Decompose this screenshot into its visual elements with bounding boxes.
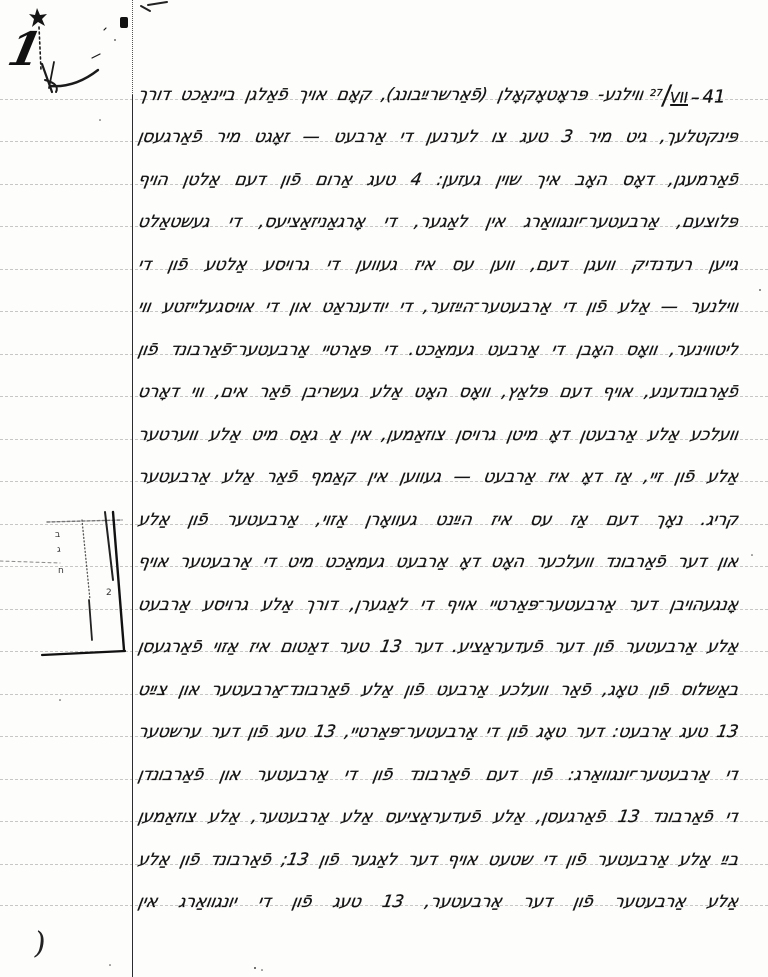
text-line: באַשלוס פֿון טאָג, פֿאַר וועלכע אַרבעט פ…	[135, 673, 741, 707]
stamp-mark: ח	[58, 566, 64, 576]
stamp-mark: ג	[57, 545, 61, 555]
text-line: אַלע אַרבעטער פֿון דער פֿעדעראַציע. דער …	[135, 630, 741, 664]
text-line: גייען רעדנדיק וועגן דעם, ווען עס איז געו…	[135, 248, 741, 282]
date-day: 27	[650, 88, 663, 99]
text-line: וועלכע אַלע אַרבעטן דאָ מיטן גרויסן צוזא…	[135, 418, 741, 452]
text-line: די אַרבעטער־יונגוואַרג: פֿון דעם פֿאַרבו…	[135, 758, 741, 792]
ink-blot	[120, 17, 128, 28]
date-separator: –	[691, 88, 700, 108]
text-line: 13 טעג אַרבעט: דער טאָג פֿון די אַרבעטער…	[135, 715, 741, 749]
text-line: אָנגעהויבן דער אַרבעטער־פּאַרטיי אויף די…	[135, 588, 741, 622]
text-line: ליטווינער, וואָס האָבן די אַרבעט געמאַכט…	[135, 333, 741, 367]
text-line: די פֿאַרבונד 13 פֿאַרגעסן, אַלע פֿעדעראַ…	[135, 800, 741, 834]
date-month: VII	[670, 91, 688, 107]
text-line: אַלע אַרבעטער פֿון דער אַרבעטער, 13 טעג …	[135, 885, 741, 919]
handwritten-page: 1 ב ג ח 2 27/VII–41 ווילנע- פּראָטאָקאָל…	[0, 0, 768, 977]
text-line: פּלוצעם, אַרבעטער־יונגוואַרג אין לאַגער,…	[135, 205, 741, 239]
text-line: בײַ אַלע אַרבעטער פֿון די שטעט אויף דער …	[135, 843, 741, 877]
text-line: ווילנע- פּראָטאָקאָלן (פֿאַרשרײַבונג), ק…	[135, 78, 646, 112]
letter-date: 27/VII–41	[650, 80, 742, 108]
date-slash: /	[663, 80, 670, 114]
stamp-mark: ב	[55, 530, 60, 540]
stamp-mark: 2	[106, 588, 112, 598]
margin-stamp	[0, 512, 125, 655]
text-line: פֿאַרבונדענע, אויף דעם פּלאַץ, וואָס האָ…	[135, 375, 741, 409]
ink-dash	[141, 2, 167, 11]
date-year: 41	[703, 87, 726, 108]
text-line: פּינקטלעך, גיט מיר 3 טעג צו לערנען די אַ…	[135, 120, 741, 154]
text-line: ווילנער — אַלע פֿון די אַרבעטער־הײַזער, …	[135, 290, 741, 324]
text-line: אַלע פֿון זיי, אַז דאָ איז אַרבעט — געוו…	[135, 460, 741, 494]
text-line: פֿאַרמעגן, דאָס האָב איך שוין געזען: 4 ט…	[135, 163, 741, 197]
text-line: און דער פֿאַרבונד וועלכער האָט דאָ אַרבע…	[135, 545, 741, 579]
text-line: קריג. נאָך דעם אַז עס איז הײַנט געוואָרן…	[135, 503, 741, 537]
scribble-mark	[39, 27, 106, 92]
